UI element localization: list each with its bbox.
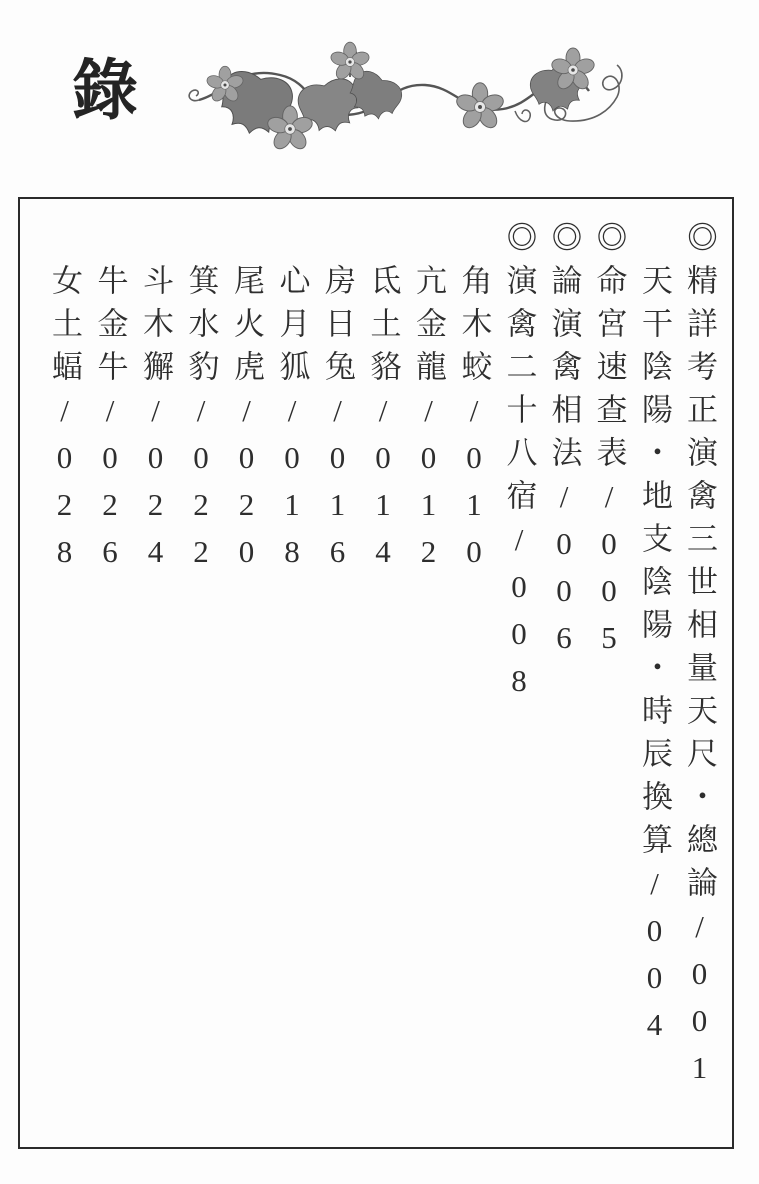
- entry-marker: [322, 221, 353, 264]
- toc-entry-xin: 心月狐/018: [276, 221, 308, 581]
- entry-text: 氐土貉/014: [366, 264, 401, 581]
- toc-entry-jiao: 角木蛟/010: [458, 221, 490, 581]
- entry-text: 尾火虎/020: [229, 264, 264, 581]
- entry-marker: ◎: [682, 221, 717, 264]
- entry-marker: [185, 221, 216, 264]
- toc-entry-28-mansions: ◎演禽二十八宿/008: [504, 221, 535, 710]
- entry-marker: ◎: [592, 221, 627, 264]
- toc-entry-di: 氐土貉/014: [367, 221, 399, 581]
- entry-marker: [231, 221, 262, 264]
- entry-marker: [140, 221, 171, 264]
- entry-text: 女土蝠/028: [47, 264, 82, 581]
- page-title: 錄: [72, 58, 138, 124]
- entry-marker: [458, 221, 489, 264]
- entry-text: 房日兔/016: [320, 264, 355, 581]
- entry-marker: ◎: [502, 221, 537, 264]
- toc-entry-physiognomy-method: ◎論演禽相法/006: [549, 221, 580, 667]
- toc-entry-stems-branches: 天干陰陽・地支陰陽・時辰換算/004: [639, 221, 671, 1054]
- entry-marker: ◎: [547, 221, 582, 264]
- entry-marker: [94, 221, 125, 264]
- entry-marker: [49, 221, 80, 264]
- entry-text: 斗木獬/024: [138, 264, 173, 581]
- entry-marker: [413, 221, 444, 264]
- toc-border-box: ◎精詳考正演禽三世相量天尺・總論/001 天干陰陽・地支陰陽・時辰換算/004 …: [18, 197, 734, 1149]
- entry-marker: [367, 221, 398, 264]
- entry-text: 牛金牛/026: [93, 264, 128, 581]
- entry-text: 天干陰陽・地支陰陽・時辰換算/004: [637, 264, 672, 1054]
- toc-columns: ◎精詳考正演禽三世相量天尺・總論/001 天干陰陽・地支陰陽・時辰換算/004 …: [20, 199, 732, 1147]
- entry-text: 箕水豹/022: [184, 264, 219, 581]
- toc-entry-kang: 亢金龍/012: [413, 221, 445, 581]
- entry-text: 演禽二十八宿/008: [502, 264, 537, 710]
- flower-vine-decoration-icon: [185, 25, 640, 165]
- toc-entry-dou: 斗木獬/024: [140, 221, 172, 581]
- toc-entry-life-palace-table: ◎命宮速查表/005: [594, 221, 625, 667]
- entry-text: 命宮速查表/005: [592, 264, 627, 667]
- toc-entry-niu: 牛金牛/026: [94, 221, 126, 581]
- entry-marker: [639, 221, 670, 264]
- toc-entry-main-treatise: ◎精詳考正演禽三世相量天尺・總論/001: [684, 221, 715, 1097]
- toc-entry-wei: 尾火虎/020: [231, 221, 263, 581]
- entry-marker: [276, 221, 307, 264]
- toc-entry-ji: 箕水豹/022: [185, 221, 217, 581]
- toc-entry-fang: 房日兔/016: [322, 221, 354, 581]
- entry-text: 角木蛟/010: [457, 264, 492, 581]
- entry-text: 亢金龍/012: [411, 264, 446, 581]
- scanned-book-page: 錄: [0, 0, 759, 1184]
- entry-text: 精詳考正演禽三世相量天尺・總論/001: [682, 264, 717, 1097]
- entry-text: 論演禽相法/006: [547, 264, 582, 667]
- entry-text: 心月狐/018: [275, 264, 310, 581]
- toc-entry-nv: 女土蝠/028: [49, 221, 81, 581]
